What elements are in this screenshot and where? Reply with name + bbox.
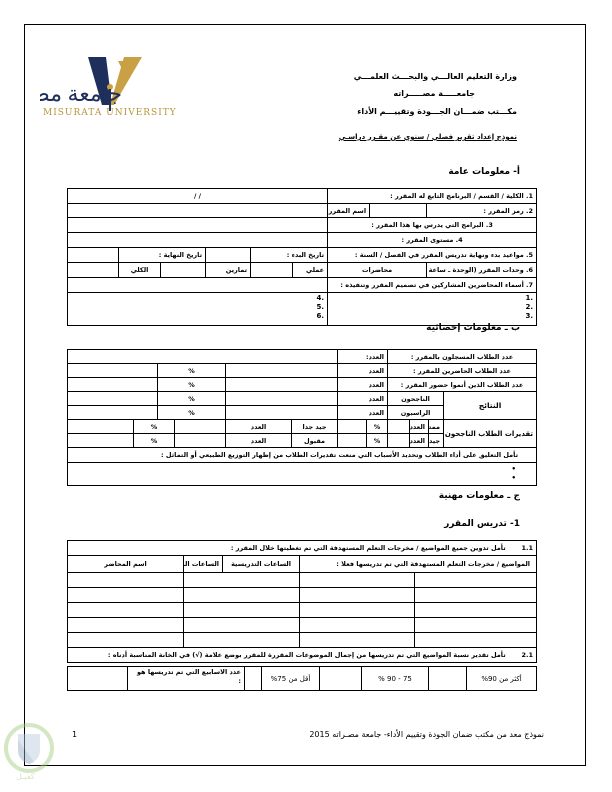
lecturer-cell[interactable] [68,573,184,588]
very-good-label: جيد جدا [292,420,338,434]
weeks-colon: : [131,677,241,686]
lecturer-6: .6 [71,312,324,321]
comment-label: تأمل التعليق على أداء الطلاب وتحديد الأس… [68,448,537,463]
watermark-text: كفيـل [16,772,35,781]
acceptable-percent: % [134,434,175,448]
q11-number: 1.1 [522,544,534,552]
lecturers-list-right[interactable]: .1 .2 .3 [328,293,537,326]
topic-cell[interactable] [415,618,537,633]
faculty-label: 1. الكلية / القسم / البرنامج التابع له ا… [328,189,537,204]
passed-label: الناجحون [388,392,444,406]
very-good-percent: % [134,420,175,434]
course-level-label: 4. مستوى المقرر : [328,233,537,248]
lecturer-cell[interactable] [68,603,184,618]
excellent-count-field[interactable] [388,420,410,434]
q11-row: 1.1 تأمل تدوين جميع المواضيع / مخرجات ال… [68,541,537,556]
results-label: النتائج [444,392,537,420]
very-good-percent-field[interactable] [68,420,134,434]
svg-text:مصراتة: مصراتة [40,82,62,107]
failed-percent: % [158,406,226,420]
practical-label: عملي [293,263,328,278]
registered-count-label: العدد: [338,350,388,364]
start-date-field[interactable] [206,248,251,263]
q21-label: تأمل تقدير نسبة المواضيع التي تم تدريسها… [108,651,506,659]
bullet-1: • [71,465,516,474]
present-count-field[interactable] [226,364,338,378]
proposed-cell[interactable] [184,588,300,603]
programs-label: 3. البرامج التي يدرس بها هذا المقرر : [328,218,537,233]
range-75-90-label: 75 - 90 % [362,667,429,691]
weeks-label-text: عدد الاسابيع التي تم تدريسها هو [131,668,241,677]
lecturer-3: .3 [331,312,533,321]
lectures-label: محاضرات [328,263,427,278]
section-c-title: ج ـ معلومات مهنية [439,491,520,501]
lecturer-5: .5 [71,303,324,312]
footer-text: نموذج معد من مكتب ضمان الجودة وتقييم الأ… [309,730,544,739]
acceptable-count-field[interactable] [175,434,226,448]
programs-field[interactable] [68,218,328,233]
course-name-field[interactable] [68,204,328,218]
end-date-field[interactable] [68,248,119,263]
table-row [68,588,537,603]
acceptable-percent-field[interactable] [68,434,134,448]
bullet-2: • [71,474,516,483]
good-percent-field[interactable] [338,434,367,448]
very-good-count-label: العدد [226,420,292,434]
registered-count-field[interactable] [68,350,338,364]
failed-label: الراسبون [388,406,444,420]
exercises-field[interactable] [161,263,206,278]
table-row [68,603,537,618]
over-90-label: أكثر من 90% [467,667,537,691]
failed-percent-field[interactable] [68,406,158,420]
present-percent: % [158,364,226,378]
completed-label: عدد الطلاب الذين أتموا حضور المقرر : [388,378,537,392]
lecturers-header-field[interactable] [68,278,328,293]
topics-table: 1.1 تأمل تدوين جميع المواضيع / مخرجات ال… [67,540,537,663]
good-count-field[interactable] [388,434,410,448]
completed-percent: % [158,378,226,392]
total-label: الكلي [119,263,161,278]
lecturers-list-left[interactable]: .4 .5 .6 [68,293,328,326]
lecturer-cell[interactable] [68,588,184,603]
course-code-label: 2. رمز المقرر : [427,204,537,218]
present-percent-field[interactable] [68,364,158,378]
form-title: نموذج إعداد تقرير فصلي / سنوي عن مقـرر د… [339,133,517,141]
proposed-hours-header: الساعات المقترحة [184,556,223,573]
registered-label: عدد الطلاب المسجلون بالمقرر : [388,350,537,364]
proposed-cell[interactable] [184,573,300,588]
under-75-label: أقل من 75% [262,667,320,691]
topic-cell[interactable] [415,588,537,603]
q21-row: 2.1 تأمل تقدير نسبة المواضيع التي تم تدر… [68,648,537,663]
good-percent: % [367,434,388,448]
very-good-count-field[interactable] [175,420,226,434]
logo-text: MISURATA UNIVERSITY [43,108,177,118]
course-units-label: 6. وحدات المقرر (الوحدة ـ ساعة ) : [427,263,537,278]
topics-column-header: المواضيع / مخرجات التعلم المستهدفة التي … [300,556,537,573]
end-date-label: تاريخ النهاية : [119,248,206,263]
acceptable-count-label: العدد [226,434,292,448]
completed-count-label: العدد [338,378,388,392]
teaching-hours-header: الساعات التدريسية [223,556,300,573]
excellent-percent-field[interactable] [338,420,367,434]
course-name-label: اسم المقرر: [328,204,370,218]
section-b-title: ب ـ معلومات إحصائية [426,323,520,333]
table-row [68,573,537,588]
coverage-table: أكثر من 90% 75 - 90 % أقل من 75% عدد الا… [67,666,537,691]
university-title: جامعـــــة مصـــــراته [393,89,475,98]
exercises-label: تمارين [206,263,251,278]
over-90-checkbox[interactable] [429,667,467,691]
passed-count-label: العدد [338,392,388,406]
weeks-label: عدد الاسابيع التي تم تدريسها هو : [128,667,245,691]
logo-emblem-icon: مصراتة جامعة [40,55,172,115]
hours-cell[interactable] [300,588,415,603]
lecturer-cell[interactable] [68,633,184,648]
proposed-cell[interactable] [184,633,300,648]
course-code-field[interactable] [370,204,427,218]
comment-field[interactable]: • • [68,463,537,486]
watermark: كفيـل [4,722,54,786]
start-date-label: تاريخ البدء : [251,248,328,263]
failed-count-label: العدد [338,406,388,420]
topic-cell[interactable] [415,573,537,588]
lecturer-name-header: اسم المحاضر [68,556,184,573]
grades-label: تقديرات الطلاب الناجحون : [444,420,537,448]
ministry-title: وزارة التعليم العالـــي والبحـــث العلمـ… [354,72,517,81]
hours-cell[interactable] [300,573,415,588]
acceptable-label: مقبول [292,434,338,448]
range-75-90-checkbox[interactable] [320,667,362,691]
course-teaching-title: 1- تدريس المقرر [444,519,520,529]
good-label: جيد [429,434,444,448]
q21-number: 2.1 [522,651,534,659]
passed-percent-field[interactable] [68,392,158,406]
total-field[interactable] [68,263,119,278]
table-row [68,618,537,633]
weeks-field[interactable] [68,667,128,691]
excellent-label: ممتاز [429,420,444,434]
general-info-table: 1. الكلية / القسم / البرنامج التابع له ا… [67,188,537,326]
page-number: 1 [72,730,77,739]
present-count-label: العدد [338,364,388,378]
good-count-label: العدد [410,434,429,448]
excellent-percent: % [367,420,388,434]
completed-count-field[interactable] [226,378,338,392]
lecturers-label: 7. أسماء المحاضرين المشاركين في تصميم ال… [328,278,537,293]
hours-cell[interactable] [300,618,415,633]
section-a-title: أ- معلومات عامة [448,167,520,177]
topic-cell[interactable] [415,633,537,648]
course-level-field[interactable] [68,233,328,248]
lecturer-2: .2 [331,303,533,312]
q11-label: تأمل تدوين جميع المواضيع / مخرجات التعلم… [231,544,506,552]
passed-percent: % [158,392,226,406]
faculty-value-field[interactable]: / / [68,189,328,204]
hours-cell[interactable] [300,603,415,618]
lecturer-4: .4 [71,294,324,303]
failed-count-field[interactable] [226,406,338,420]
completed-percent-field[interactable] [68,378,158,392]
lecturer-1: .1 [331,294,533,303]
schedule-label: 5. مواعيد بدء ونهاية تدريس المقرر في الف… [328,248,537,263]
practical-field[interactable] [251,263,293,278]
hours-cell[interactable] [300,633,415,648]
under-75-checkbox[interactable] [245,667,262,691]
passed-count-field[interactable] [226,392,338,406]
table-row [68,633,537,648]
svg-text:جامعة: جامعة [68,82,123,107]
proposed-cell[interactable] [184,603,300,618]
excellent-count-label: العدد [410,420,429,434]
present-label: عدد الطلاب الحاضرين للمقرر : [388,364,537,378]
proposed-cell[interactable] [184,618,300,633]
topic-cell[interactable] [415,603,537,618]
statistics-table: عدد الطلاب المسجلون بالمقرر : العدد: عدد… [67,349,537,486]
office-title: مكـــتب ضمـــان الجـــودة وتقييـــم الأد… [357,107,517,116]
lecturer-cell[interactable] [68,618,184,633]
